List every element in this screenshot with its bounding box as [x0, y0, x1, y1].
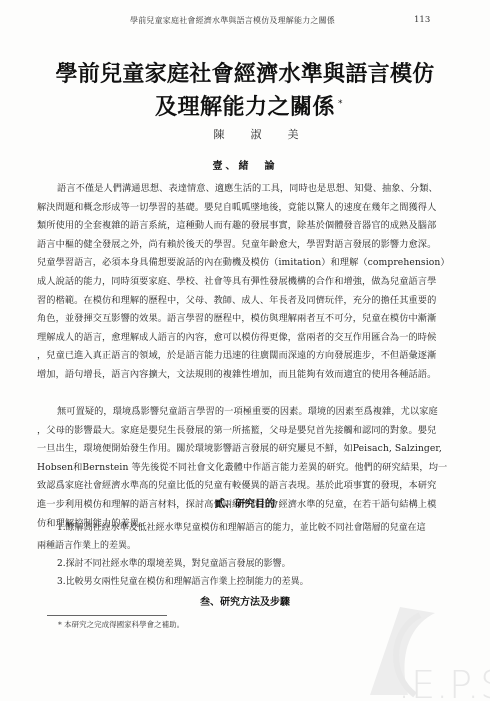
- objective-item-2: 2.探討不同社經水準的環境差異，對兒童語言發展的影響。: [37, 555, 455, 573]
- text-line: 習的楷範。在模仿和理解的歷程中，父母、教師、成人、年長者及同儕玩伴，充分的擔任其…: [37, 292, 455, 311]
- text-line: 解決問題和概念形成等一切學習的基礎。嬰兒自呱呱墜地後，竟能以驚人的速度在幾年之間…: [37, 199, 455, 218]
- text-line: 致認爲家庭社會經濟水準高的兒童比低的兒童有較優異的語言表現。基於此項事實的發現，…: [37, 477, 455, 496]
- section-heading-research-purpose: 貳、研究目的: [0, 495, 490, 510]
- running-head-title: 學前兒童家庭社會經濟水準與語言模仿及理解能力之關係: [130, 15, 335, 26]
- objective-item-1-continuation: 兩種語言作業上的差異。: [37, 537, 455, 555]
- ceps-watermark: .E.P.S.: [360, 595, 490, 701]
- author-name: 陳淑美: [0, 126, 490, 142]
- text-line: 無可置疑的，環境爲影響兒童語言學習的一項極重要的因素。環境的因素至爲複雜，尤以家…: [37, 403, 455, 422]
- footnote-divider: [47, 615, 167, 616]
- objective-item-3: 3.比較男女兩性兒童在模仿和理解語言作業上控制能力的差異。: [37, 573, 455, 591]
- text-line: 語言不僅是人們溝通思想、表達情意、適應生活的工具，同時也是思想、知覺、抽象、分類…: [37, 180, 455, 199]
- text-line: 類所使用的全套複雜的語言系統，這種動人而有趣的發展事實，除基於個體發音器官的成熟…: [37, 217, 455, 236]
- text-line: ，兒童已進入真正語言的領域，於是語言能力迅速的往廣闊而深遠的方向發展進步，不但語…: [37, 347, 455, 366]
- article-title-text-1: 學前兒童家庭社會經濟水準與語言模仿: [55, 62, 434, 87]
- running-head: 學前兒童家庭社會經濟水準與語言模仿及理解能力之關係 113: [0, 15, 490, 29]
- text-line: Hobsen和Bernstein 等先後從不同社會文化叢體中作語言能力差異的研究…: [37, 459, 455, 478]
- research-objectives-list: 1.瞭解高社經水準及低社經水準兒童模仿和理解語言的能力，並比較不同社會階層的兒童…: [37, 519, 455, 591]
- page-number: 113: [414, 15, 430, 25]
- text-line: 角色，並發揮交互影響的效果。語言學習的歷程中，模仿與理解兩者互不可分，兒童在模仿…: [37, 310, 455, 329]
- footnote: * 本研究之完成得國家科學會之補助。: [58, 619, 184, 630]
- text-line: 兒童學習語言，必須本身具備想要說話的內在動機及模仿（imitation）和理解（…: [37, 254, 455, 273]
- footnote-marker: *: [338, 99, 343, 109]
- text-line: 語言中樞的健全發展之外，尚有賴於後天的學習。兒童年齡愈大，學習對語言發展的影響力…: [37, 236, 455, 255]
- section-heading-methods: 叁、研究方法及步驟: [0, 593, 490, 608]
- section-heading-introduction: 壹、緒 論: [0, 157, 490, 172]
- text-line: 增加，語句增長，語言內容擴大，文法規則的複雜性增加，而且能夠有效而適宜的使用各種…: [37, 366, 455, 385]
- article-title-line-2: 及理解能力之關係*: [0, 90, 490, 121]
- ceps-logo-icon: [360, 595, 490, 701]
- watermark-text: .E.P.S.: [398, 663, 490, 701]
- document-page: 學前兒童家庭社會經濟水準與語言模仿及理解能力之關係 113 學前兒童家庭社會經濟…: [0, 0, 490, 701]
- text-line: 理解成人的語言，愈理解成人語言的內容，愈可以模仿得更像，當兩者的交互作用匯合為一…: [37, 329, 455, 348]
- paragraph-introduction-2: 無可置疑的，環境爲影響兒童語言學習的一項極重要的因素。環境的因素至爲複雜，尤以家…: [37, 403, 455, 533]
- objective-item-1: 1.瞭解高社經水準及低社經水準兒童模仿和理解語言的能力，並比較不同社會階層的兒童…: [37, 519, 455, 537]
- text-line: 一旦出生，環境便開始發生作用。關於環境影響語言發展的研究屢見不鮮，如Peisac…: [37, 440, 455, 459]
- text-line: ，父母的影響最大。家庭是嬰兒生長發展的第一所搖籃，父母是嬰兒首先接觸和認同的對象…: [37, 422, 455, 441]
- text-line: 成人說話的能力，同時須要家庭、學校、社會等具有彈性發展機構的合作和增強，做為兒童…: [37, 273, 455, 292]
- article-title-text-2: 及理解能力之關係: [155, 95, 335, 120]
- article-title-line-1: 學前兒童家庭社會經濟水準與語言模仿: [0, 57, 490, 88]
- paragraph-introduction-1: 語言不僅是人們溝通思想、表達情意、適應生活的工具，同時也是思想、知覺、抽象、分類…: [37, 180, 455, 385]
